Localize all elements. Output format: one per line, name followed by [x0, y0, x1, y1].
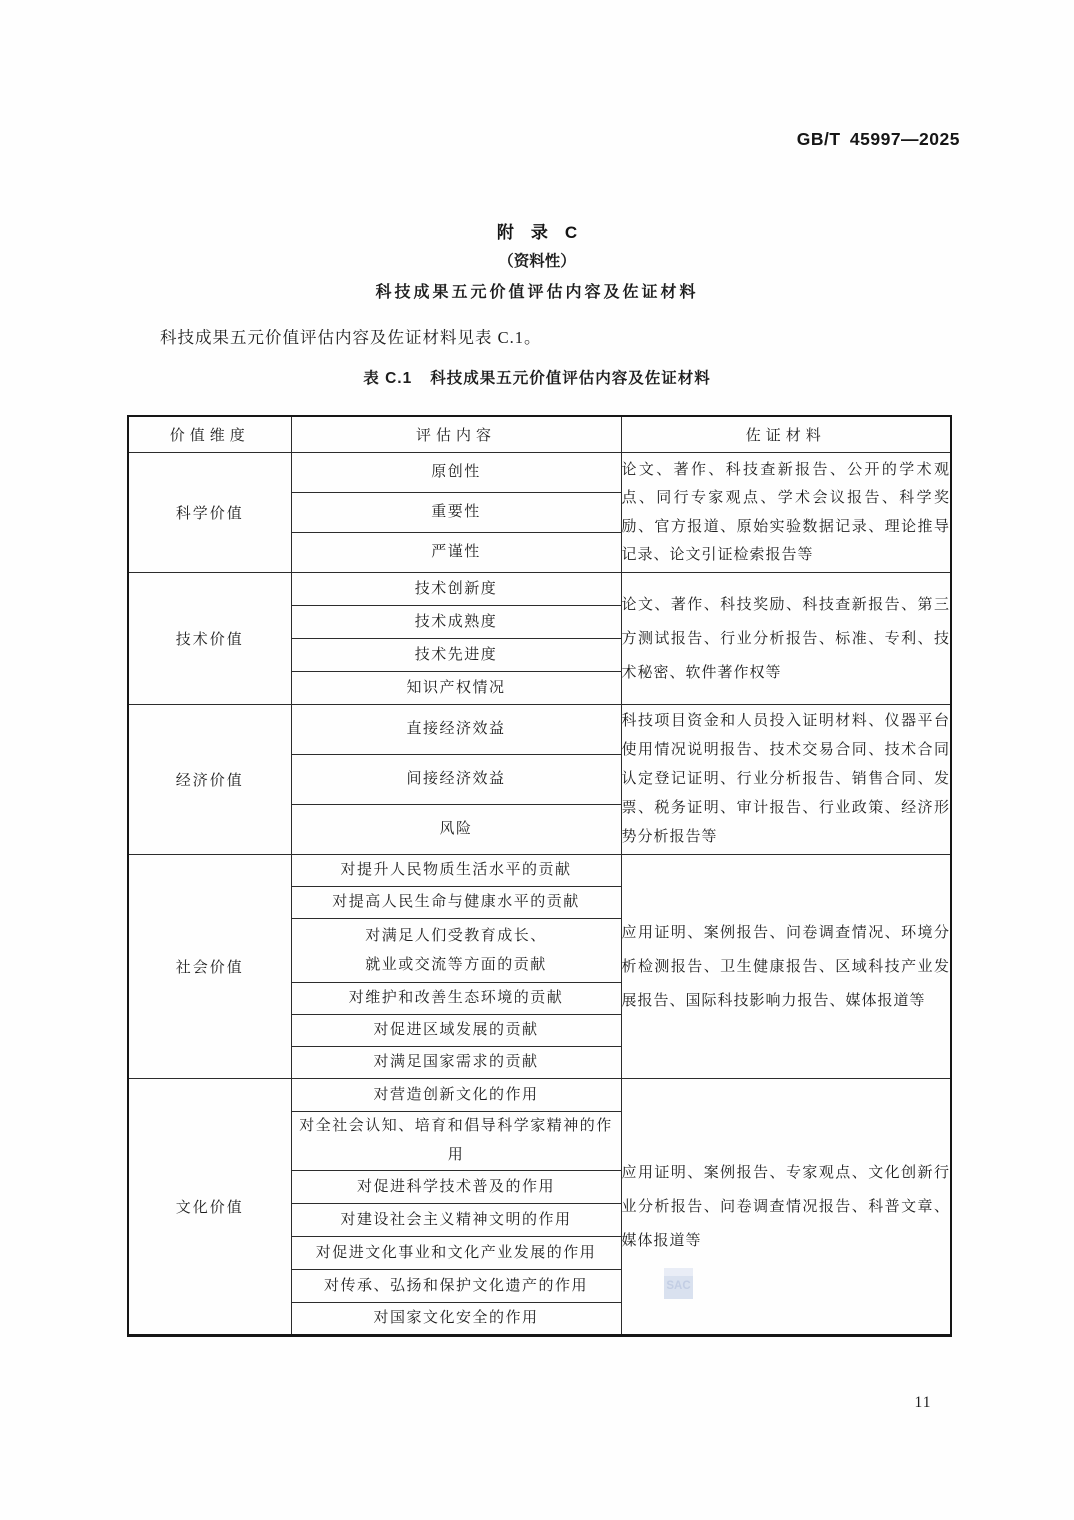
item-cell: 对全社会认知、培育和倡导科学家精神的作用 — [291, 1112, 621, 1171]
item-cell: 技术先进度 — [291, 639, 621, 672]
column-header-materials: 佐证材料 — [621, 416, 951, 453]
document-page: GB/T 45997—2025 附 录 C （资料性） 科技成果五元价值评估内容… — [0, 0, 1074, 1520]
evaluation-table: 价值维度 评估内容 佐证材料 科学价值 原创性 论文、著作、科技查新报告、公开的… — [127, 415, 952, 1337]
materials-cell: 科技项目资金和人员投入证明材料、仪器平台使用情况说明报告、技术交易合同、技术合同… — [621, 705, 951, 855]
dimension-cell: 社会价值 — [128, 855, 291, 1079]
item-cell: 对提升人民物质生活水平的贡献 — [291, 855, 621, 887]
page-number: 11 — [898, 1394, 948, 1412]
appendix-title: 附 录 C — [0, 218, 1074, 243]
item-cell: 间接经济效益 — [291, 755, 621, 805]
item-cell: 对维护和改善生态环境的贡献 — [291, 983, 621, 1015]
table-row: 技术价值 技术创新度 论文、著作、科技奖励、科技查新报告、第三方测试报告、行业分… — [128, 573, 951, 606]
appendix-heading: 科技成果五元价值评估内容及佐证材料 — [0, 279, 1074, 302]
column-header-dimension: 价值维度 — [128, 416, 291, 453]
item-cell: 对促进文化事业和文化产业发展的作用 — [291, 1237, 621, 1270]
item-cell: 知识产权情况 — [291, 672, 621, 705]
item-cell: 对传承、弘扬和保护文化遗产的作用 — [291, 1270, 621, 1303]
item-cell: 对促进区域发展的贡献 — [291, 1015, 621, 1047]
table-row: 科学价值 原创性 论文、著作、科技查新报告、公开的学术观点、同行专家观点、学术会… — [128, 453, 951, 493]
item-cell: 对营造创新文化的作用 — [291, 1079, 621, 1112]
dimension-cell: 科学价值 — [128, 453, 291, 573]
item-cell: 原创性 — [291, 453, 621, 493]
item-cell: 对满足国家需求的贡献 — [291, 1047, 621, 1079]
item-cell: 重要性 — [291, 493, 621, 533]
item-cell: 技术创新度 — [291, 573, 621, 606]
materials-cell: 论文、著作、科技查新报告、公开的学术观点、同行专家观点、学术会议报告、科学奖励、… — [621, 453, 951, 573]
item-cell: 直接经济效益 — [291, 705, 621, 755]
dimension-cell: 文化价值 — [128, 1079, 291, 1336]
standard-number: GB/T 45997—2025 — [797, 129, 960, 150]
materials-cell: 论文、著作、科技奖励、科技查新报告、第三方测试报告、行业分析报告、标准、专利、技… — [621, 573, 951, 705]
item-cell: 对促进科学技术普及的作用 — [291, 1171, 621, 1204]
item-cell: 对满足人们受教育成长、 就业或交流等方面的贡献 — [291, 919, 621, 983]
item-cell: 严谨性 — [291, 533, 621, 573]
intro-paragraph: 科技成果五元价值评估内容及佐证材料见表 C.1。 — [127, 324, 827, 348]
item-cell: 技术成熟度 — [291, 606, 621, 639]
item-cell: 风险 — [291, 805, 621, 855]
dimension-cell: 技术价值 — [128, 573, 291, 705]
sac-watermark: SAC — [664, 1268, 693, 1299]
table-caption-title: 科技成果五元价值评估内容及佐证材料 — [430, 370, 711, 387]
item-cell: 对建设社会主义精神文明的作用 — [291, 1204, 621, 1237]
item-cell: 对国家文化安全的作用 — [291, 1303, 621, 1336]
materials-cell: 应用证明、案例报告、问卷调查情况、环境分析检测报告、卫生健康报告、区域科技产业发… — [621, 855, 951, 1079]
table-caption-label: 表 C.1 — [363, 370, 412, 387]
table-caption: 表 C.1科技成果五元价值评估内容及佐证材料 — [0, 366, 1074, 388]
column-header-content: 评估内容 — [291, 416, 621, 453]
dimension-cell: 经济价值 — [128, 705, 291, 855]
table-row: 文化价值 对营造创新文化的作用 应用证明、案例报告、专家观点、文化创新行业分析报… — [128, 1079, 951, 1112]
table-row: 经济价值 直接经济效益 科技项目资金和人员投入证明材料、仪器平台使用情况说明报告… — [128, 705, 951, 755]
table-header-row: 价值维度 评估内容 佐证材料 — [128, 416, 951, 453]
appendix-classification: （资料性） — [0, 249, 1074, 271]
table-row: 社会价值 对提升人民物质生活水平的贡献 应用证明、案例报告、问卷调查情况、环境分… — [128, 855, 951, 887]
item-cell: 对提高人民生命与健康水平的贡献 — [291, 887, 621, 919]
